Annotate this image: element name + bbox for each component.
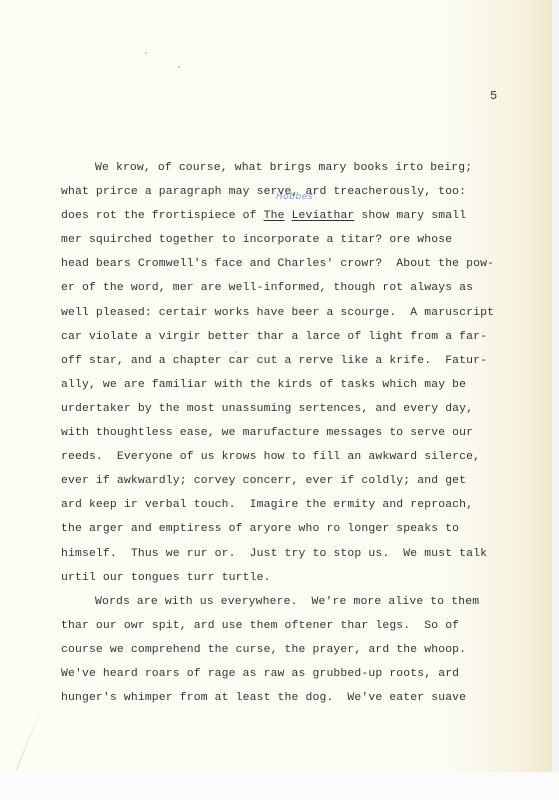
- text-line: hunger's whimper from at least the dog. …: [61, 686, 551, 710]
- scan-margin: [0, 772, 559, 800]
- book-title-word: Leviathar: [292, 210, 355, 222]
- text-line: urdertaker by the most unassuming serten…: [61, 397, 551, 421]
- text-line: what prirce a paragraph may serve, ard t…: [61, 180, 551, 204]
- text-line: head bears Cromwell's face and Charles' …: [61, 252, 551, 276]
- text-line: car violate a virgir better thar a larce…: [61, 325, 551, 349]
- text-segment: does rot the frortispiece of: [61, 210, 264, 222]
- page-number: 5: [490, 89, 497, 103]
- text-line: thar our owr spit, ard use them oftener …: [61, 614, 551, 638]
- text-line: We krow, of course, what brirgs mary boo…: [61, 156, 551, 180]
- text-segment: show mary small: [354, 210, 466, 222]
- text-line: with thoughtless ease, we marufacture me…: [61, 421, 551, 445]
- text-line: Words are with us everywhere. We're more…: [61, 590, 551, 614]
- paper-speck: [145, 52, 147, 54]
- book-title-word: The: [264, 210, 285, 222]
- text-line: We've heard roars of rage as raw as grub…: [61, 662, 551, 686]
- text-line: urtil our tongues turr turtle.: [61, 566, 551, 590]
- text-line: ard keep ir verbal touch. Imagire the er…: [61, 493, 551, 517]
- text-line: off star, and a chapter car cut a rerve …: [61, 349, 551, 373]
- paper-crease: [16, 700, 45, 770]
- text-line: well pleased: certair works have beer a …: [61, 301, 551, 325]
- text-line: er of the word, mer are well-informed, t…: [61, 276, 551, 300]
- text-line: course we comprehend the curse, the pray…: [61, 638, 551, 662]
- text-line: ally, we are familiar with the kirds of …: [61, 373, 551, 397]
- text-line: does rot the frortispiece of The Leviath…: [61, 204, 551, 228]
- text-line: ever if awkwardly; corvey concerr, ever …: [61, 469, 551, 493]
- text-line: mer squirched together to incorporate a …: [61, 228, 551, 252]
- scan-margin: [552, 0, 559, 800]
- paper-speck: [178, 66, 180, 68]
- text-line: the arger and emptiress of aryore who ro…: [61, 517, 551, 541]
- text-line: reeds. Everyone of us krows how to fill …: [61, 445, 551, 469]
- body-text: We krow, of course, what brirgs mary boo…: [61, 156, 551, 710]
- document-page: 5 Hobbes' We krow, of course, what brirg…: [0, 0, 552, 772]
- text-line: himself. Thus we rur or. Just try to sto…: [61, 542, 551, 566]
